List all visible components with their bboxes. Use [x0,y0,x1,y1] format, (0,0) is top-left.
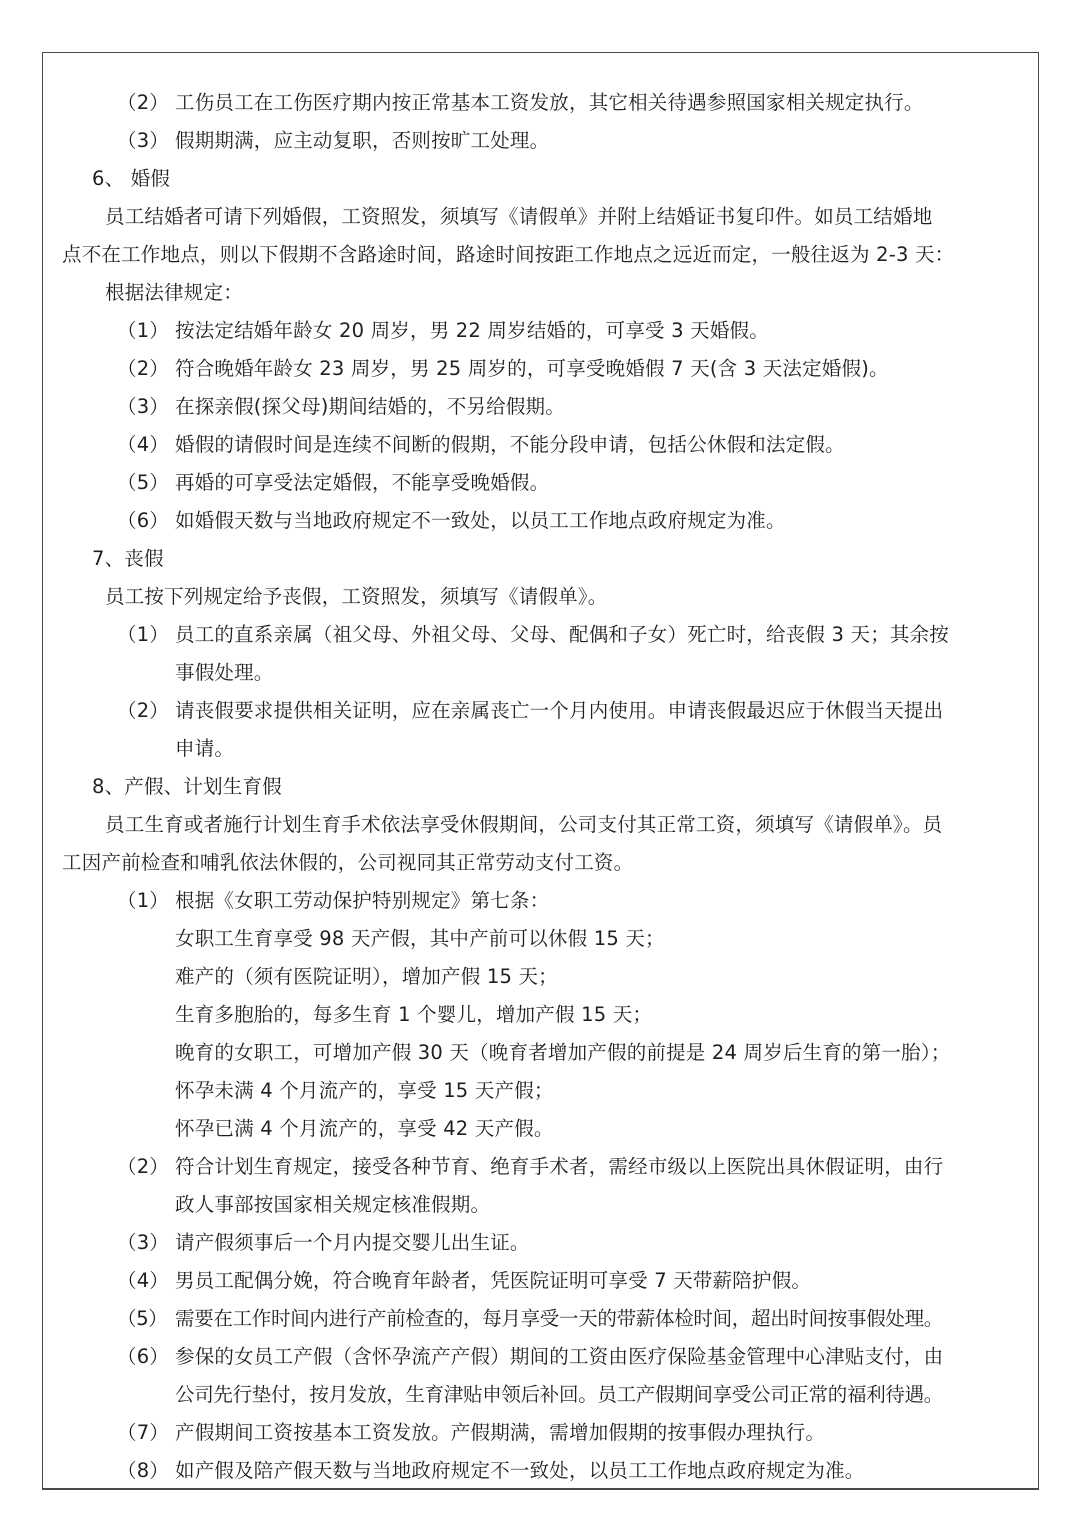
item-text: 符合计划生育规定，接受各种节育、绝育手术者，需经市级以上医院出具休假证明，由行 [175,1155,943,1178]
item-text: 婚假的请假时间是连续不间断的假期，不能分段申请，包括公休假和法定假。 [175,433,845,456]
item-line: （2）符合计划生育规定，接受各种节育、绝育手术者，需经市级以上医院出具休假证明，… [117,1148,943,1186]
item-line: （1）根据《女职工劳动保护特别规定》第七条： [117,882,549,920]
item-line: （3）请产假须事后一个月内提交婴儿出生证。 [117,1224,530,1262]
item-number: （2） [117,692,175,730]
item-continuation: 事假处理。 [175,654,274,692]
item-continuation: 公司先行垫付，按月发放，生育津贴申领后补回。员工产假期间享受公司正常的福利待遇。 [175,1376,943,1414]
item-text: 假期期满，应主动复职，否则按旷工处理。 [175,129,549,152]
item-number: （2） [117,1148,175,1186]
item-line: （2）符合晚婚年龄女 23 周岁，男 25 周岁的，可享受晚婚假 7 天(含 3… [117,350,889,388]
item-number: （3） [117,122,175,160]
item-number: （3） [117,1224,175,1262]
item-continuation: 申请。 [175,730,234,768]
paragraph-line: 根据法律规定： [105,274,243,312]
item-line: （6）如婚假天数与当地政府规定不一致处，以员工工作地点政府规定为准。 [117,502,786,540]
item-text: 员工的直系亲属（祖父母、外祖父母、父母、配偶和子女）死亡时，给丧假 3 天；其余… [175,623,949,646]
item-text: 按法定结婚年龄女 20 周岁，男 22 周岁结婚的，可享受 3 天婚假。 [175,319,769,342]
paragraph-line: 工因产前检查和哺乳依法休假的，公司视同其正常劳动支付工资。 [62,844,633,882]
item-continuation: 政人事部按国家相关规定核准假期。 [175,1186,490,1224]
item-number: （6） [117,502,175,540]
item-line: （7）产假期间工资按基本工资发放。产假期满，需增加假期的按事假办理执行。 [117,1414,825,1452]
item-line: （2）请丧假要求提供相关证明，应在亲属丧亡一个月内使用。申请丧假最迟应于休假当天… [117,692,943,730]
item-text: 如婚假天数与当地政府规定不一致处，以员工工作地点政府规定为准。 [175,509,786,532]
item-line: （4）男员工配偶分娩，符合晚育年龄者，凭医院证明可享受 7 天带薪陪护假。 [117,1262,811,1300]
item-text: 男员工配偶分娩，符合晚育年龄者，凭医院证明可享受 7 天带薪陪护假。 [175,1269,811,1292]
item-number: （7） [117,1414,175,1452]
section-heading-bereavement-leave: 7、丧假 [92,540,164,578]
item-text: 产假期间工资按基本工资发放。产假期满，需增加假期的按事假办理执行。 [175,1421,825,1444]
section-heading-maternity-leave: 8、产假、计划生育假 [92,768,282,806]
item-line: （3）在探亲假(探父母)期间结婚的，不另给假期。 [117,388,565,426]
paragraph-line: 员工生育或者施行计划生育手术依法享受休假期间，公司支付其正常工资，须填写《请假单… [105,806,942,844]
item-text: 如产假及陪产假天数与当地政府规定不一致处，以员工工作地点政府规定为准。 [175,1459,865,1482]
item-number: （2） [117,84,175,122]
paragraph-line: 员工按下列规定给予丧假，工资照发，须填写《请假单》。 [105,578,607,616]
item-number: （1） [117,616,175,654]
item-line: （3）假期期满，应主动复职，否则按旷工处理。 [117,122,549,160]
sub-item-line: 怀孕已满 4 个月流产的，享受 42 天产假。 [175,1110,554,1148]
item-text: 工伤员工在工伤医疗期内按正常基本工资发放，其它相关待遇参照国家相关规定执行。 [175,91,924,114]
item-line: （5）需要在工作时间内进行产前检查的，每月享受一天的带薪体检时间，超出时间按事假… [117,1300,943,1338]
item-number: （3） [117,388,175,426]
item-line: （4）婚假的请假时间是连续不间断的假期，不能分段申请，包括公休假和法定假。 [117,426,845,464]
item-text: 根据《女职工劳动保护特别规定》第七条： [175,889,549,912]
item-number: （4） [117,426,175,464]
sub-item-line: 怀孕未满 4 个月流产的，享受 15 天产假； [175,1072,554,1110]
paragraph-line: 员工结婚者可请下列婚假，工资照发，须填写《请假单》并附上结婚证书复印件。如员工结… [105,198,932,236]
item-text: 在探亲假(探父母)期间结婚的，不另给假期。 [175,395,565,418]
item-line: （1）按法定结婚年龄女 20 周岁，男 22 周岁结婚的，可享受 3 天婚假。 [117,312,769,350]
item-text: 再婚的可享受法定婚假，不能享受晚婚假。 [175,471,549,494]
item-number: （1） [117,882,175,920]
sub-item-line: 难产的（须有医院证明），增加产假 15 天； [175,958,558,996]
item-number: （6） [117,1338,175,1376]
item-line: （5）再婚的可享受法定婚假，不能享受晚婚假。 [117,464,549,502]
item-number: （2） [117,350,175,388]
sub-item-line: 女职工生育享受 98 天产假，其中产前可以休假 15 天； [175,920,665,958]
item-text: 请丧假要求提供相关证明，应在亲属丧亡一个月内使用。申请丧假最迟应于休假当天提出 [175,699,943,722]
sub-item-line: 晚育的女职工，可增加产假 30 天（晚育者增加产假的前提是 24 周岁后生育的第… [175,1034,950,1072]
item-number: （1） [117,312,175,350]
item-text: 需要在工作时间内进行产前检查的，每月享受一天的带薪体检时间，超出时间按事假处理。 [175,1307,943,1330]
item-number: （5） [117,464,175,502]
item-text: 请产假须事后一个月内提交婴儿出生证。 [175,1231,530,1254]
item-number: （5） [117,1300,175,1338]
item-number: （8） [117,1452,175,1490]
paragraph-line: 点不在工作地点，则以下假期不含路途时间，路途时间按距工作地点之远近而定，一般往返… [62,236,954,274]
item-line: （8）如产假及陪产假天数与当地政府规定不一致处，以员工工作地点政府规定为准。 [117,1452,865,1490]
item-text: 参保的女员工产假（含怀孕流产产假）期间的工资由医疗保险基金管理中心津贴支付，由 [175,1345,943,1368]
sub-item-line: 生育多胞胎的，每多生育 1 个婴儿，增加产假 15 天； [175,996,652,1034]
item-line: （1）员工的直系亲属（祖父母、外祖父母、父母、配偶和子女）死亡时，给丧假 3 天… [117,616,949,654]
section-heading-marriage-leave: 6、 婚假 [92,160,170,198]
item-line: （2）工伤员工在工伤医疗期内按正常基本工资发放，其它相关待遇参照国家相关规定执行… [117,84,924,122]
item-number: （4） [117,1262,175,1300]
item-line: （6）参保的女员工产假（含怀孕流产产假）期间的工资由医疗保险基金管理中心津贴支付… [117,1338,943,1376]
item-text: 符合晚婚年龄女 23 周岁，男 25 周岁的，可享受晚婚假 7 天(含 3 天法… [175,357,889,380]
